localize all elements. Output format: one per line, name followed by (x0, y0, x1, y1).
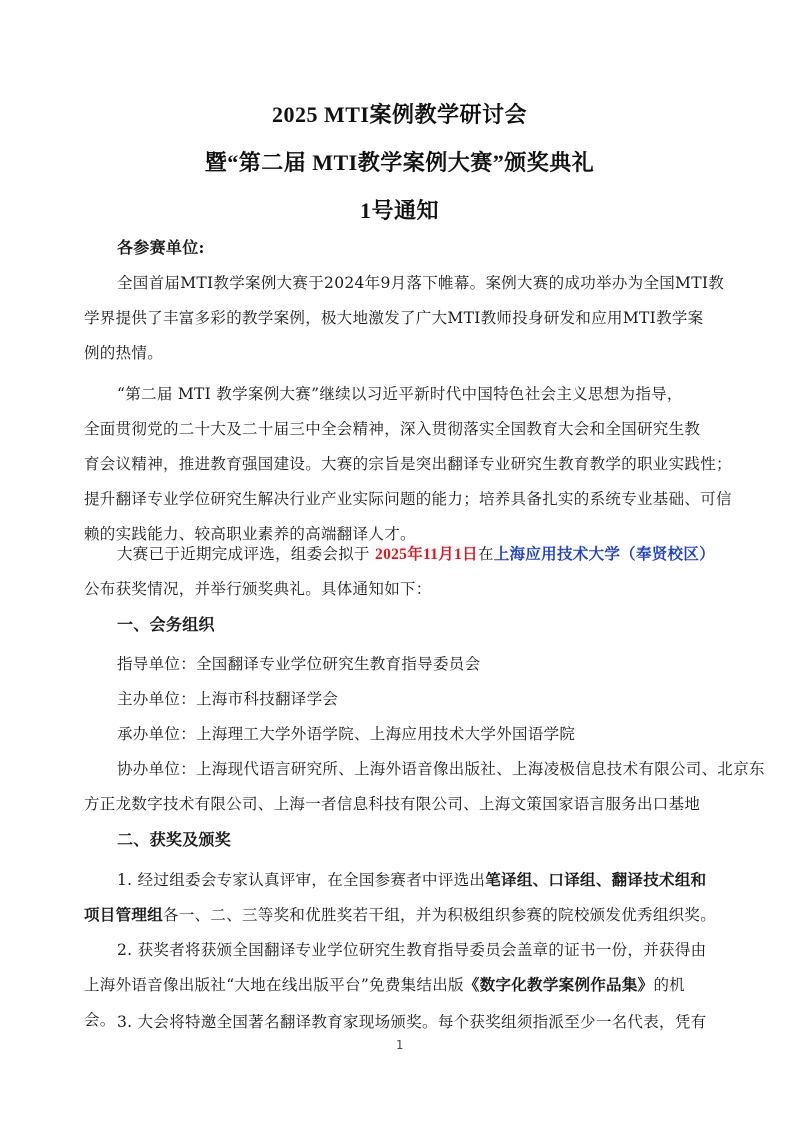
title-line-1: 2025 MTI案例教学研讨会 (0, 98, 799, 129)
organizer-unit: 承办单位：上海理工大学外语学院、上海应用技术大学外国语学院 (117, 724, 757, 744)
paragraph-line: 项目管理组各一、二、三等奖和优胜奖若干组，并为积极组织参赛的院校颁发优秀组织奖。 (84, 905, 724, 925)
document-page: 2025 MTI案例教学研讨会 暨“第二届 MTI教学案例大赛”颁奖典礼 1号通… (0, 0, 799, 1130)
publication-title: 《数字化教学案例作品集》 (464, 975, 654, 994)
paragraph-line: 全面贯彻党的二十大及二十届三中全会精神，深入贯彻落实全国教育大会和全国研究生教 (84, 419, 724, 439)
guiding-unit: 指导单位：全国翻译专业学位研究生教育指导委员会 (117, 654, 757, 674)
item-text: 的机 (653, 976, 685, 994)
award-groups: 笔译组、口译组、翻译技术组和 (485, 870, 706, 889)
paragraph-line: 2. 获奖者将获颁全国翻译专业学位研究生教育指导委员会盖章的证书一份，并获得由 (117, 940, 757, 960)
title-line-3-notice-number: 1号通知 (0, 194, 799, 225)
paragraph-line: 大赛已于近期完成评选，组委会拟于 2025年11月1日在上海应用技术大学（奉贤校… (117, 544, 757, 565)
salutation: 各参赛单位: (117, 238, 757, 258)
paragraph-line: 提升翻译专业学位研究生解决行业产业实际问题的能力；培养具备扎实的系统专业基础、可… (84, 489, 724, 509)
section-heading-awards: 二、获奖及颁奖 (117, 830, 757, 850)
paragraph-line: 3. 大会将特邀全国著名翻译教育家现场颁奖。每个获奖组须指派至少一名代表，凭有 (117, 1012, 757, 1032)
title-line-2: 暨“第二届 MTI教学案例大赛”颁奖典礼 (0, 146, 799, 177)
item-text: 1. 经过组委会专家认真评审，在全国参赛者中评选出 (117, 871, 485, 889)
announcement-mid: 在 (478, 545, 494, 563)
announcement-prefix: 大赛已于近期完成评选，组委会拟于 (117, 545, 375, 563)
paragraph-line: 全国首届MTI教学案例大赛于2024年9月落下帷幕。案例大赛的成功举办为全国MT… (117, 273, 757, 293)
paragraph-line: 上海外语音像出版社“大地在线出版平台”免费集结出版《数字化教学案例作品集》的机 (84, 975, 724, 995)
item-text: 各一、二、三等奖和优胜奖若干组，并为积极组织参赛的院校颁发优秀组织奖。 (163, 906, 716, 924)
award-group-pm: 项目管理组 (84, 905, 163, 924)
paragraph-line: 1. 经过组委会专家认真评审，在全国参赛者中评选出笔译组、口译组、翻译技术组和 (117, 870, 757, 890)
paragraph-line: 育会议精神，推进教育强国建设。大赛的宗旨是突出翻译专业研究生教育教学的职业实践性… (84, 454, 724, 474)
host-unit: 主办单位：上海市科技翻译学会 (117, 689, 757, 709)
section-heading-organization: 一、会务组织 (117, 615, 757, 635)
paragraph-line: 赖的实践能力、较高职业素养的高端翻译人才。 (84, 524, 724, 544)
paragraph-line: 公布获奖情况，并举行颁奖典礼。具体通知如下： (84, 579, 724, 599)
paragraph-line: 学界提供了丰富多彩的教学案例，极大地激发了广大MTI教师投身研发和应用MTI教学… (84, 308, 724, 328)
co-organizer-units: 协办单位：上海现代语言研究所、上海外语音像出版社、上海凌极信息技术有限公司、北京… (117, 759, 757, 779)
co-organizer-units-cont: 方正龙数字技术有限公司、上海一者信息科技有限公司、上海文策国家语言服务出口基地 (84, 794, 724, 814)
page-number: 1 (0, 1038, 799, 1052)
paragraph-line: “第二届 MTI 教学案例大赛”继续以习近平新时代中国特色社会主义思想为指导， (117, 384, 757, 404)
event-date: 2025年11月1日 (375, 546, 478, 563)
paragraph-line: 例的热情。 (84, 343, 724, 363)
item-text: 上海外语音像出版社“大地在线出版平台”免费集结出版 (84, 976, 464, 994)
event-venue: 上海应用技术大学（奉贤校区） (494, 544, 715, 563)
